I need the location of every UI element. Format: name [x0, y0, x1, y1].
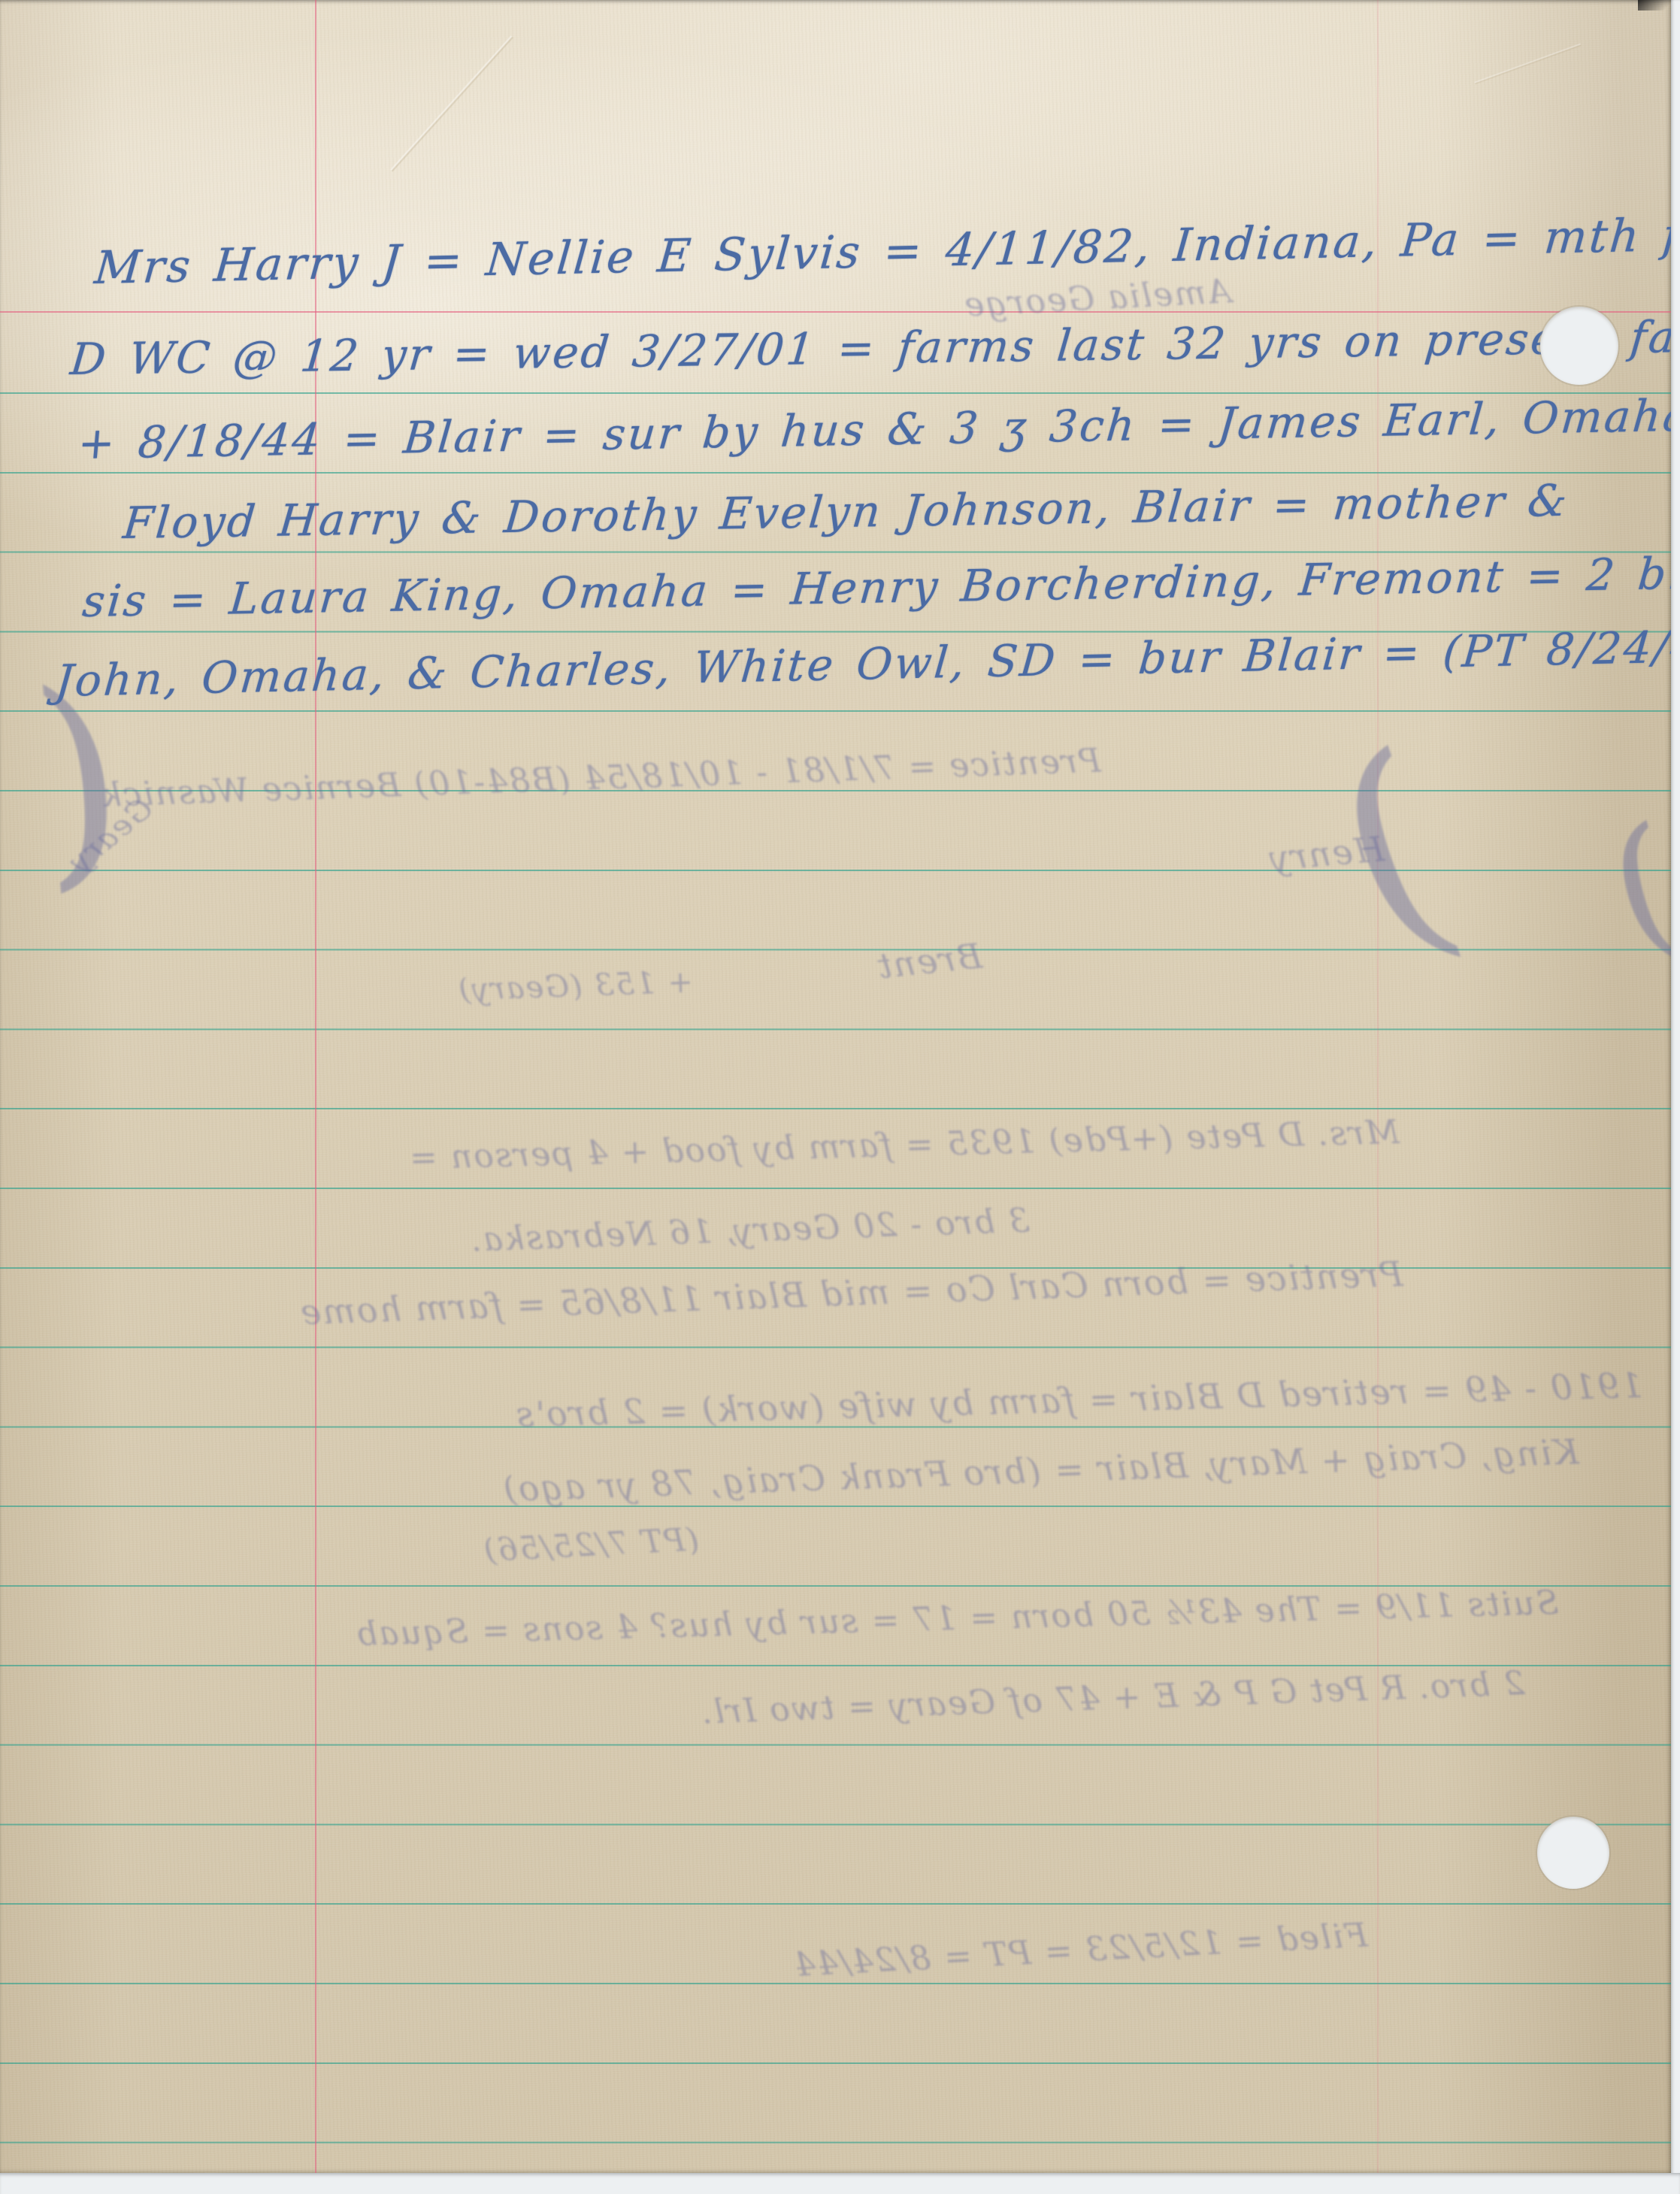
handwriting-line: D WC @ 12 yr = wed 3/27/01 = farms last …: [68, 310, 1671, 385]
hole-punch: [1540, 307, 1618, 385]
scanned-page: Amelia GeorgePrentice = 7/1/81 - 10/18/5…: [0, 0, 1680, 2194]
bleed-through-text: King, Craig + Mary, Blair = (bro Frank C…: [125, 1431, 1580, 1522]
bleed-through-text: (PT 7/25/56): [443, 1521, 700, 1571]
bleed-through-text: 2 bro. R Pet G P & E + 47 of Geary = two…: [341, 1665, 1526, 1745]
scan-corner-shadow: [1638, 0, 1680, 11]
bleed-through-text: Filed = 12/5/23 = PT = 8/24/44: [713, 1916, 1368, 1988]
hole-punch: [1537, 1817, 1609, 1889]
handwriting-line: John, Omaha, & Charles, White Owl, SD = …: [53, 620, 1671, 707]
top-margin-line: [0, 311, 1671, 313]
bleed-through-text: 1910 - 49 = retired D Blair = farm by wi…: [140, 1365, 1644, 1445]
bleed-through-text: Prentice = born Carl Co = mid Blair 11/8…: [99, 1254, 1404, 1340]
bleed-through-text: + 153 (Geary): [422, 965, 693, 1009]
scanner-background-right: [1671, 0, 1680, 2194]
scanner-background-bottom: [0, 2173, 1680, 2194]
fold-crease: [1474, 43, 1582, 85]
fold-crease: [389, 35, 513, 172]
bleed-through-text: ): [1603, 791, 1671, 980]
bleed-through-text: 3 bro - 20 Geary, 16 Nebraska.: [450, 1202, 1030, 1260]
left-margin-line: [315, 0, 316, 2173]
bleed-through-text: Mrs. D Pete (+Pde) 1935 = farm by food +…: [182, 1113, 1400, 1183]
handwriting-line: Floyd Harry & Dorothy Evelyn Johnson, Bl…: [121, 475, 1571, 549]
paper-sheet: Amelia GeorgePrentice = 7/1/81 - 10/18/5…: [0, 0, 1671, 2173]
handwriting-line: sis = Laura King, Omaha = Henry Borcherd…: [80, 547, 1671, 627]
bleed-through-text: Suits 11/9 = The 43½ 50 born = 17 = sur …: [131, 1584, 1560, 1660]
bleed-through-text: Brent: [812, 935, 984, 993]
handwriting-line: Mrs Harry J = Nellie E Sylvis = 4/11/82,…: [92, 207, 1671, 295]
